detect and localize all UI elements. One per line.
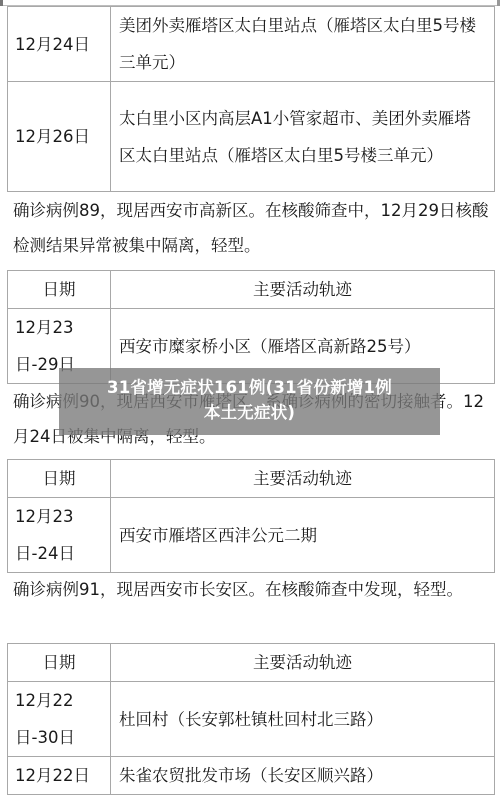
date-cell: 12月22日 [8, 757, 111, 795]
case-89-description: 确诊病例89，现居西安市高新区。在核酸筛查中，12月29日核酸检测结果异常被集中… [13, 193, 493, 263]
date-header: 日期 [8, 460, 111, 498]
place-cell: 杜回村（长安郭杜镇杜回村北三路） [111, 682, 495, 757]
date-cell: 12月24日 [8, 7, 111, 82]
date-cell: 12月23日-24日 [8, 498, 111, 573]
place-cell: 朱雀农贸批发市场（长安区顺兴路） [111, 757, 495, 795]
itinerary-table-2: 日期 主要活动轨迹 12月23日-29日 西安市糜家桥小区（雁塔区高新路25号） [7, 270, 495, 384]
table-header-row: 日期 主要活动轨迹 [8, 271, 495, 309]
activity-header: 主要活动轨迹 [111, 460, 495, 498]
date-cell: 12月22日-30日 [8, 682, 111, 757]
case-91-description: 确诊病例91，现居西安市长安区。在核酸筛查中发现，轻型。 [13, 572, 493, 607]
headline-line-2: 本土无症状) [59, 400, 440, 425]
itinerary-table-1: 12月24日 美团外卖雁塔区太白里站点（雁塔区太白里5号楼三单元） 12月26日… [7, 6, 495, 192]
date-header: 日期 [8, 644, 111, 682]
activity-header: 主要活动轨迹 [111, 271, 495, 309]
table-row: 12月24日 美团外卖雁塔区太白里站点（雁塔区太白里5号楼三单元） [8, 7, 495, 82]
table-row: 12月22日-30日 杜回村（长安郭杜镇杜回村北三路） [8, 682, 495, 757]
headline-line-1: 31省增无症状161例(31省份新增1例 [59, 375, 440, 400]
table-header-row: 日期 主要活动轨迹 [8, 460, 495, 498]
table-header-row: 日期 主要活动轨迹 [8, 644, 495, 682]
itinerary-table-3: 日期 主要活动轨迹 12月23日-24日 西安市雁塔区西沣公元二期 [7, 459, 495, 573]
place-cell: 美团外卖雁塔区太白里站点（雁塔区太白里5号楼三单元） [111, 7, 495, 82]
headline-overlay: 31省增无症状161例(31省份新增1例 本土无症状) [59, 368, 440, 435]
table-row: 12月23日-24日 西安市雁塔区西沣公元二期 [8, 498, 495, 573]
activity-header: 主要活动轨迹 [111, 644, 495, 682]
left-edge-mark [0, 0, 3, 6]
date-header: 日期 [8, 271, 111, 309]
table-row: 12月26日 太白里小区内高层A1小管家超市、美团外卖雁塔区太白里站点（雁塔区太… [8, 82, 495, 192]
table-row: 12月22日 朱雀农贸批发市场（长安区顺兴路） [8, 757, 495, 795]
date-cell: 12月26日 [8, 82, 111, 192]
place-cell: 太白里小区内高层A1小管家超市、美团外卖雁塔区太白里站点（雁塔区太白里5号楼三单… [111, 82, 495, 192]
place-cell: 西安市雁塔区西沣公元二期 [111, 498, 495, 573]
itinerary-table-4: 日期 主要活动轨迹 12月22日-30日 杜回村（长安郭杜镇杜回村北三路） 12… [7, 643, 495, 795]
